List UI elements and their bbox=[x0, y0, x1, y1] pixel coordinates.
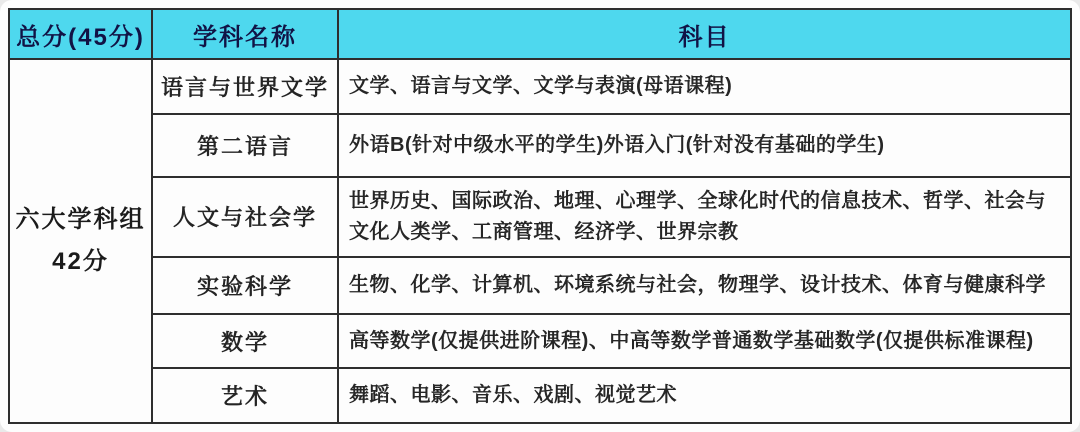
courses-cell: 世界历史、国际政治、地理、心理学、全球化时代的信息技术、哲学、社会与文化人类学、… bbox=[338, 177, 1071, 257]
group-score: 42分 bbox=[10, 241, 151, 283]
group-name: 六大学科组 bbox=[10, 199, 151, 241]
subject-cell: 艺术 bbox=[152, 368, 338, 423]
courses-cell: 外语B(针对中级水平的学生)外语入门(针对没有基础的学生) bbox=[338, 114, 1071, 176]
subject-cell: 人文与社会学 bbox=[152, 177, 338, 257]
header-row: 总分(45分) 学科名称 科目 bbox=[9, 9, 1071, 59]
subject-cell: 语言与世界文学 bbox=[152, 59, 338, 114]
subject-cell: 第二语言 bbox=[152, 114, 338, 176]
table-row-second-language: 第二语言 外语B(针对中级水平的学生)外语入门(针对没有基础的学生) bbox=[9, 114, 1071, 176]
page-background: 总分(45分) 学科名称 科目 六大学科组 42分 语言与世界文学 文学、语言与… bbox=[0, 0, 1080, 432]
header-total-score: 总分(45分) bbox=[9, 9, 152, 59]
table-row-experimental-science: 实验科学 生物、化学、计算机、环境系统与社会，物理学、设计技术、体育与健康科学 bbox=[9, 257, 1071, 314]
courses-cell: 高等数学(仅提供进阶课程)、中高等数学普通数学基础数学(仅提供标准课程) bbox=[338, 314, 1071, 367]
subject-cell: 数学 bbox=[152, 314, 338, 367]
group-cell: 六大学科组 42分 bbox=[9, 59, 152, 423]
courses-cell: 生物、化学、计算机、环境系统与社会，物理学、设计技术、体育与健康科学 bbox=[338, 257, 1071, 314]
table-row-humanities-social: 人文与社会学 世界历史、国际政治、地理、心理学、全球化时代的信息技术、哲学、社会… bbox=[9, 177, 1071, 257]
header-courses: 科目 bbox=[338, 9, 1071, 59]
table-row-mathematics: 数学 高等数学(仅提供进阶课程)、中高等数学普通数学基础数学(仅提供标准课程) bbox=[9, 314, 1071, 367]
courses-cell: 文学、语言与文学、文学与表演(母语课程) bbox=[338, 59, 1071, 114]
table-row-arts: 艺术 舞蹈、电影、音乐、戏剧、视觉艺术 bbox=[9, 368, 1071, 423]
table-row-language-literature: 六大学科组 42分 语言与世界文学 文学、语言与文学、文学与表演(母语课程) bbox=[9, 59, 1071, 114]
header-subject-name: 学科名称 bbox=[152, 9, 338, 59]
subject-cell: 实验科学 bbox=[152, 257, 338, 314]
ib-subject-groups-table: 总分(45分) 学科名称 科目 六大学科组 42分 语言与世界文学 文学、语言与… bbox=[8, 8, 1072, 424]
courses-cell: 舞蹈、电影、音乐、戏剧、视觉艺术 bbox=[338, 368, 1071, 423]
